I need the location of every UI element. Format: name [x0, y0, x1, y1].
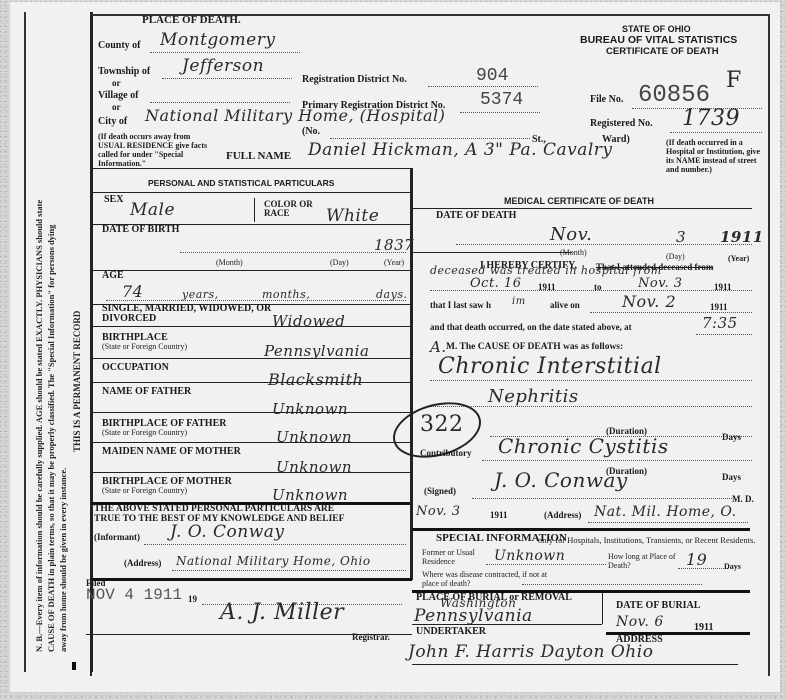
attended-from-year: 1911: [538, 282, 556, 292]
informant-label: (Informant): [94, 532, 140, 542]
attest-line1: THE ABOVE STATED PERSONAL PARTICULARS AR…: [94, 504, 334, 514]
dod-month-value: Nov.: [550, 224, 592, 245]
mother-birthplace-sub: (State or Foreign Country): [102, 486, 187, 495]
time-of-death: 7:35: [702, 314, 738, 332]
informant-value: J. O. Conway: [170, 522, 285, 542]
away-from-residence-note: (If death occurs away from USUAL RESIDEN…: [98, 132, 208, 168]
dob-year-label: (Year): [384, 258, 404, 267]
burial-place-value-line2: Pennsylvania: [414, 606, 533, 626]
color-race-label: COLOR OR RACE: [264, 200, 319, 218]
burial-date-value: Nov. 6: [616, 614, 664, 630]
full-name-value: Daniel Hickman, A 3" Pa. Cavalry: [308, 140, 613, 160]
dod-year-label: (Year): [728, 254, 749, 263]
former-residence-label: Former or Usual Residence: [422, 548, 492, 566]
city-label: City of: [98, 116, 127, 127]
file-number-label: File No.: [590, 94, 623, 105]
bureau-heading: BUREAU OF VITAL STATISTICS: [580, 34, 737, 46]
registered-number-label: Registered No.: [590, 118, 653, 129]
how-long-label: How long at Place of Death?: [608, 552, 688, 570]
death-certificate: N. B.—Every item of information should b…: [10, 2, 780, 692]
dod-day-label: (Day): [666, 252, 685, 261]
or-label: or: [112, 78, 121, 88]
township-label: Township of: [98, 66, 150, 77]
attended-to-date: Nov. 3: [638, 276, 683, 291]
county-label: County of: [98, 40, 141, 51]
color-race-value: White: [326, 206, 379, 226]
township-value: Jefferson: [182, 56, 264, 76]
city-value: National Military Home, (Hospital): [145, 106, 445, 125]
cause-of-death-line1: Chronic Interstitial: [438, 354, 662, 379]
dob-month-label: (Month): [216, 258, 243, 267]
dob-year-value: 1837: [374, 236, 414, 254]
physician-address-value: Nat. Mil. Home, O.: [594, 504, 737, 520]
dod-year-value: 1911: [720, 228, 764, 246]
sex-label: SEX: [104, 194, 123, 205]
mother-maiden-name-label: MAIDEN NAME OF MOTHER: [102, 446, 241, 457]
to-label: to: [594, 282, 602, 292]
occupation-value: Blacksmith: [268, 370, 363, 389]
registration-district-value: 904: [476, 66, 508, 86]
duration2-days-label: Days: [722, 472, 741, 482]
side-note-line3: away from home should be given in every …: [58, 468, 69, 652]
signed-year: 1911: [490, 510, 508, 520]
informant-address-label: (Address): [124, 558, 161, 568]
certificate-heading: CERTIFICATE OF DEATH: [606, 46, 719, 57]
age-label: AGE: [102, 270, 124, 281]
informant-address-value: National Military Home, Ohio: [176, 554, 371, 568]
date-of-birth-label: DATE OF BIRTH: [102, 224, 179, 235]
age-years-value: 74: [122, 282, 143, 301]
birthplace-sub: (State or Foreign Country): [102, 342, 187, 351]
margin-mark: [72, 662, 76, 670]
side-instructions-strip: N. B.—Every item of information should b…: [24, 12, 93, 672]
father-birthplace-sub: (State or Foreign Country): [102, 428, 187, 437]
state-heading: STATE OF OHIO: [622, 24, 691, 34]
cause-of-death-label: M. The CAUSE OF DEATH was as follows:: [446, 342, 623, 352]
father-birthplace-value: Unknown: [276, 428, 352, 446]
personal-section-title: PERSONAL AND STATISTICAL PARTICULARS: [148, 178, 334, 188]
contributory-cause-value: Chronic Cystitis: [498, 434, 669, 458]
undertaker-label: UNDERTAKER: [416, 626, 486, 637]
registrar-signature: A. J. Miller: [220, 600, 344, 625]
marital-status-value: Widowed: [272, 312, 345, 330]
primary-registration-value: 5374: [480, 90, 523, 110]
how-long-value: 19: [686, 550, 707, 569]
undertaker-value: John F. Harris Dayton Ohio: [408, 642, 653, 662]
md-label: M. D.: [732, 494, 754, 504]
father-name-value: Unknown: [272, 400, 348, 418]
registrar-label: Registrar.: [352, 632, 390, 642]
signed-label: (Signed): [424, 486, 456, 496]
disease-contracted-label: Where was disease contracted, if not at …: [422, 570, 562, 588]
last-seen-alive-year: 1911: [710, 302, 728, 312]
village-label: Village of: [98, 90, 138, 101]
side-note-line2: CAUSE OF DEATH in plain terms, so that i…: [46, 225, 57, 652]
last-seen-alive-date: Nov. 2: [622, 292, 676, 311]
last-saw-label: that I last saw h: [430, 300, 491, 310]
burial-date-label: DATE OF BURIAL: [616, 600, 700, 611]
special-information-scope: only for Hospitals, Institutions, Transi…: [538, 536, 755, 545]
registered-number-value: 1739: [682, 106, 740, 131]
dob-day-label: (Day): [330, 258, 349, 267]
filed-year-prefix: 19: [188, 594, 197, 604]
attended-to-year: 1911: [714, 282, 732, 292]
classification-code: 322: [420, 412, 464, 437]
death-occurred-label: and that death occurred, on the date sta…: [430, 322, 632, 332]
or-label: or: [112, 102, 121, 112]
place-of-death-heading: PLACE OF DEATH.: [142, 14, 241, 26]
street-number-label: (No.: [302, 126, 320, 137]
physician-signature: J. O. Conway: [494, 468, 628, 492]
former-residence-value: Unknown: [494, 548, 565, 564]
duration-days-label: Days: [722, 432, 741, 442]
date-of-death-label: DATE OF DEATH: [436, 210, 516, 221]
hospital-note: (If death occurred in a Hospital or Inst…: [666, 138, 762, 174]
filed-date-stamp: NOV 4 1911: [86, 586, 182, 604]
alive-on-label: alive on: [550, 300, 580, 310]
certify-handwritten: deceased was treated in hospital from: [430, 264, 662, 277]
attended-from-date: Oct. 16: [470, 276, 521, 291]
physician-address-label: (Address): [544, 510, 581, 520]
registration-district-label: Registration District No.: [302, 74, 407, 85]
last-saw-pronoun: im: [512, 296, 526, 307]
medical-section-title: MEDICAL CERTIFICATE OF DEATH: [504, 196, 654, 206]
side-note-line1: N. B.—Every item of information should b…: [34, 200, 45, 652]
occupation-label: OCCUPATION: [102, 362, 169, 373]
file-number-value: 60856: [638, 82, 710, 109]
full-name-label: FULL NAME: [226, 150, 291, 162]
permanent-record-note: THIS IS A PERMANENT RECORD: [72, 311, 83, 452]
sex-value: Male: [130, 200, 175, 220]
file-mark: F: [726, 68, 742, 93]
dod-day-value: 3: [676, 228, 686, 246]
contributory-label: Contributory: [420, 448, 472, 458]
cause-of-death-line2: Nephritis: [488, 386, 579, 407]
how-long-unit: Days: [724, 562, 741, 571]
father-name-label: NAME OF FATHER: [102, 386, 191, 397]
county-value: Montgomery: [160, 30, 275, 50]
mother-maiden-name-value: Unknown: [276, 458, 352, 476]
signed-date: Nov. 3: [416, 504, 461, 519]
